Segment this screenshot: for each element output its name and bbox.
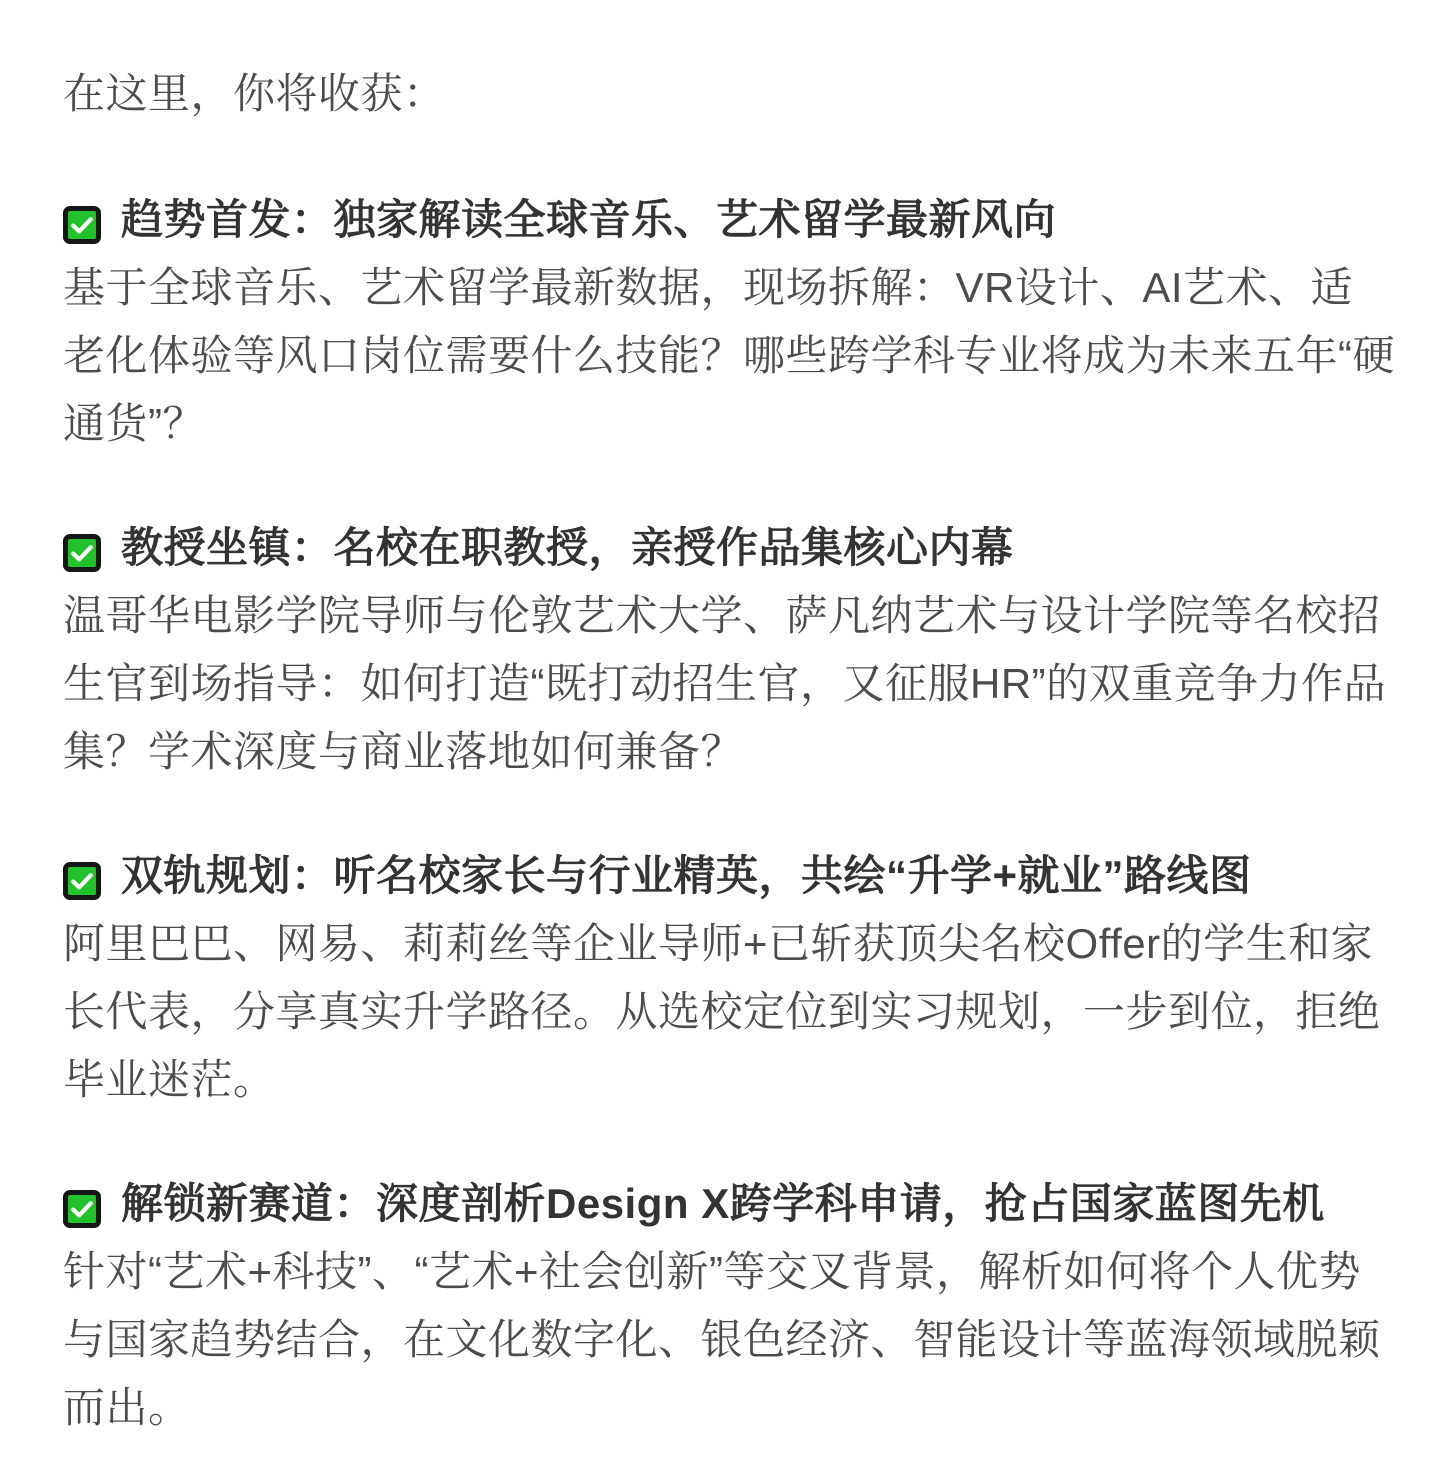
check-mark-button-icon [63, 206, 101, 244]
section-body-text: 温哥华电影学院导师与伦敦艺术大学、萨凡纳艺术与设计学院等名校招生官到场指导：如何… [63, 582, 1395, 786]
section-title: 趋势首发：独家解读全球音乐、艺术留学最新风向 [63, 186, 1395, 254]
benefit-section-dual-track: 双轨规划：听名校家长与行业精英，共绘“升学+就业”路线图 阿里巴巴、网易、莉莉丝… [63, 842, 1395, 1114]
section-title-text: 教授坐镇：名校在职教授，亲授作品集核心内幕 [121, 524, 1014, 571]
section-title: 双轨规划：听名校家长与行业精英，共绘“升学+就业”路线图 [63, 842, 1395, 910]
benefit-section-professors: 教授坐镇：名校在职教授，亲授作品集核心内幕 温哥华电影学院导师与伦敦艺术大学、萨… [63, 514, 1395, 786]
section-body-text: 基于全球音乐、艺术留学最新数据，现场拆解：VR设计、AI艺术、适老化体验等风口岗… [63, 254, 1395, 458]
intro-text: 在这里，你将收获： [63, 60, 1395, 128]
section-title-text: 解锁新赛道：深度剖析Design X跨学科申请，抢占国家蓝图先机 [121, 1180, 1325, 1227]
section-title: 教授坐镇：名校在职教授，亲授作品集核心内幕 [63, 514, 1395, 582]
check-mark-button-icon [63, 534, 101, 572]
section-title-text: 双轨规划：听名校家长与行业精英，共绘“升学+就业”路线图 [121, 852, 1252, 899]
section-title: 解锁新赛道：深度剖析Design X跨学科申请，抢占国家蓝图先机 [63, 1170, 1395, 1238]
check-mark-button-icon [63, 1190, 101, 1228]
benefit-section-new-track: 解锁新赛道：深度剖析Design X跨学科申请，抢占国家蓝图先机 针对“艺术+科… [63, 1170, 1395, 1442]
check-mark-button-icon [63, 862, 101, 900]
benefit-section-trends: 趋势首发：独家解读全球音乐、艺术留学最新风向 基于全球音乐、艺术留学最新数据，现… [63, 186, 1395, 458]
article-page: 在这里，你将收获： 趋势首发：独家解读全球音乐、艺术留学最新风向 基于全球音乐、… [0, 0, 1440, 1482]
section-title-text: 趋势首发：独家解读全球音乐、艺术留学最新风向 [121, 196, 1056, 243]
section-body-text: 阿里巴巴、网易、莉莉丝等企业导师+已斩获顶尖名校Offer的学生和家长代表，分享… [63, 910, 1395, 1114]
section-body-text: 针对“艺术+科技”、“艺术+社会创新”等交叉背景，解析如何将个人优势与国家趋势结… [63, 1238, 1395, 1442]
